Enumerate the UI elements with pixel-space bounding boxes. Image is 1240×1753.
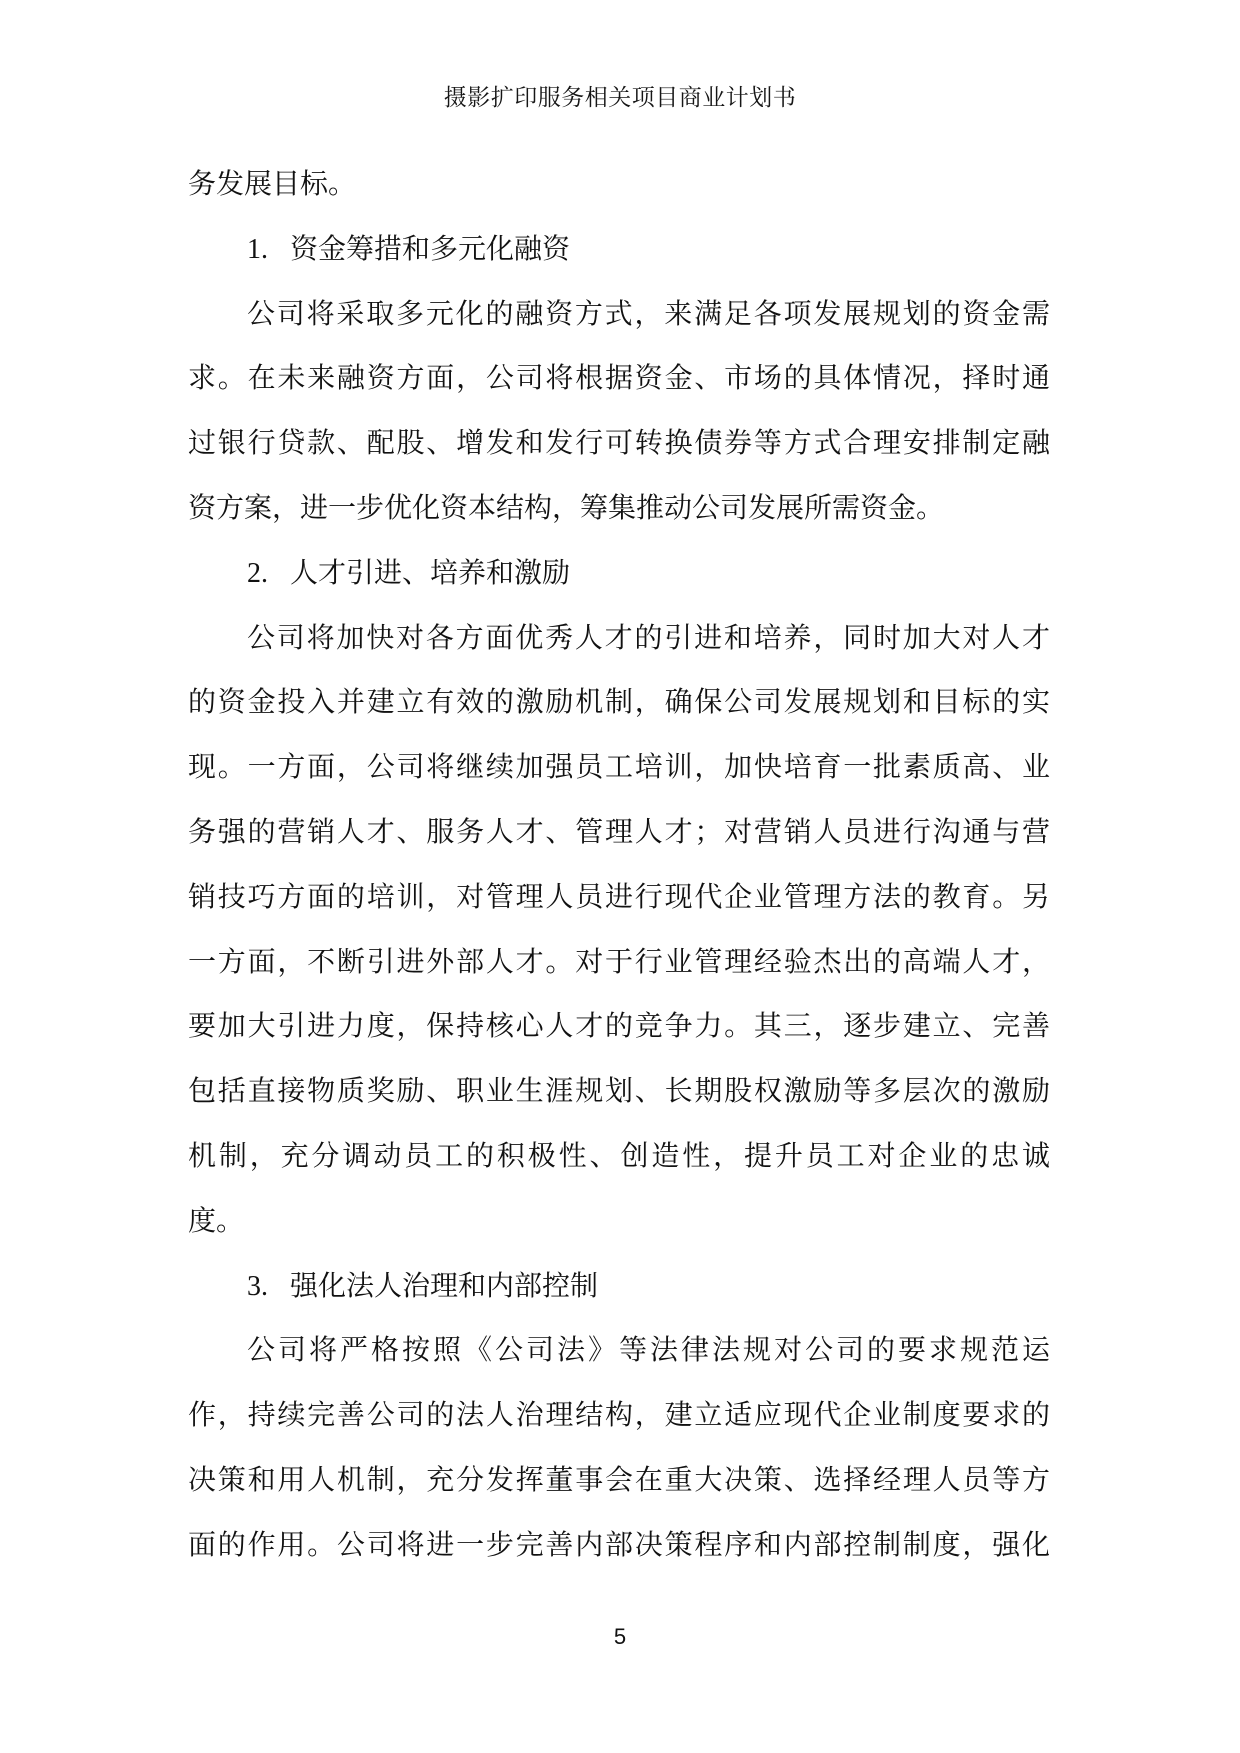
- section-heading: 1.资金筹措和多元化融资: [188, 218, 1050, 283]
- body-line: 作，持续完善公司的法人治理结构，建立适应现代企业制度要求的: [188, 1384, 1050, 1449]
- section-heading: 2.人才引进、培养和激励: [188, 542, 1050, 607]
- body-line: 公司将采取多元化的融资方式，来满足各项发展规划的资金需: [188, 283, 1050, 348]
- body-line: 决策和用人机制，充分发挥董事会在重大决策、选择经理人员等方: [188, 1449, 1050, 1514]
- body-line: 度。: [188, 1190, 1050, 1255]
- body-line: 公司将严格按照《公司法》等法律法规对公司的要求规范运: [188, 1319, 1050, 1384]
- body-line: 销技巧方面的培训，对管理人员进行现代企业管理方法的教育。另: [188, 866, 1050, 931]
- body-line: 面的作用。公司将进一步完善内部决策程序和内部控制制度，强化: [188, 1514, 1050, 1579]
- body-line: 求。在未来融资方面，公司将根据资金、市场的具体情况，择时通: [188, 347, 1050, 412]
- body-line: 资方案，进一步优化资本结构，筹集推动公司发展所需资金。: [188, 477, 1050, 542]
- heading-number: 2.: [247, 558, 268, 589]
- body-line: 务强的营销人才、服务人才、管理人才；对营销人员进行沟通与营: [188, 801, 1050, 866]
- document-page: 摄影扩印服务相关项目商业计划书 务发展目标。1.资金筹措和多元化融资公司将采取多…: [0, 0, 1240, 1753]
- body-line: 过银行贷款、配股、增发和发行可转换债券等方式合理安排制定融: [188, 412, 1050, 477]
- document-body: 务发展目标。1.资金筹措和多元化融资公司将采取多元化的融资方式，来满足各项发展规…: [188, 153, 1050, 1579]
- heading-title: 人才引进、培养和激励: [290, 558, 570, 589]
- body-line: 机制，充分调动员工的积极性、创造性，提升员工对企业的忠诚: [188, 1125, 1050, 1190]
- heading-title: 资金筹措和多元化融资: [290, 234, 570, 265]
- heading-title: 强化法人治理和内部控制: [290, 1271, 598, 1302]
- section-heading: 3.强化法人治理和内部控制: [188, 1255, 1050, 1320]
- heading-number: 3.: [247, 1271, 268, 1302]
- body-line: 公司将加快对各方面优秀人才的引进和培养，同时加大对人才: [188, 607, 1050, 672]
- body-line: 现。一方面，公司将继续加强员工培训，加快培育一批素质高、业: [188, 736, 1050, 801]
- body-line: 务发展目标。: [188, 153, 1050, 218]
- body-line: 包括直接物质奖励、职业生涯规划、长期股权激励等多层次的激励: [188, 1060, 1050, 1125]
- page-number: 5: [0, 1624, 1240, 1650]
- body-line: 的资金投入并建立有效的激励机制，确保公司发展规划和目标的实: [188, 671, 1050, 736]
- body-line: 一方面，不断引进外部人才。对于行业管理经验杰出的高端人才，: [188, 931, 1050, 996]
- body-line: 要加大引进力度，保持核心人才的竞争力。其三，逐步建立、完善: [188, 995, 1050, 1060]
- page-header-title: 摄影扩印服务相关项目商业计划书: [0, 84, 1240, 112]
- heading-number: 1.: [247, 234, 268, 265]
